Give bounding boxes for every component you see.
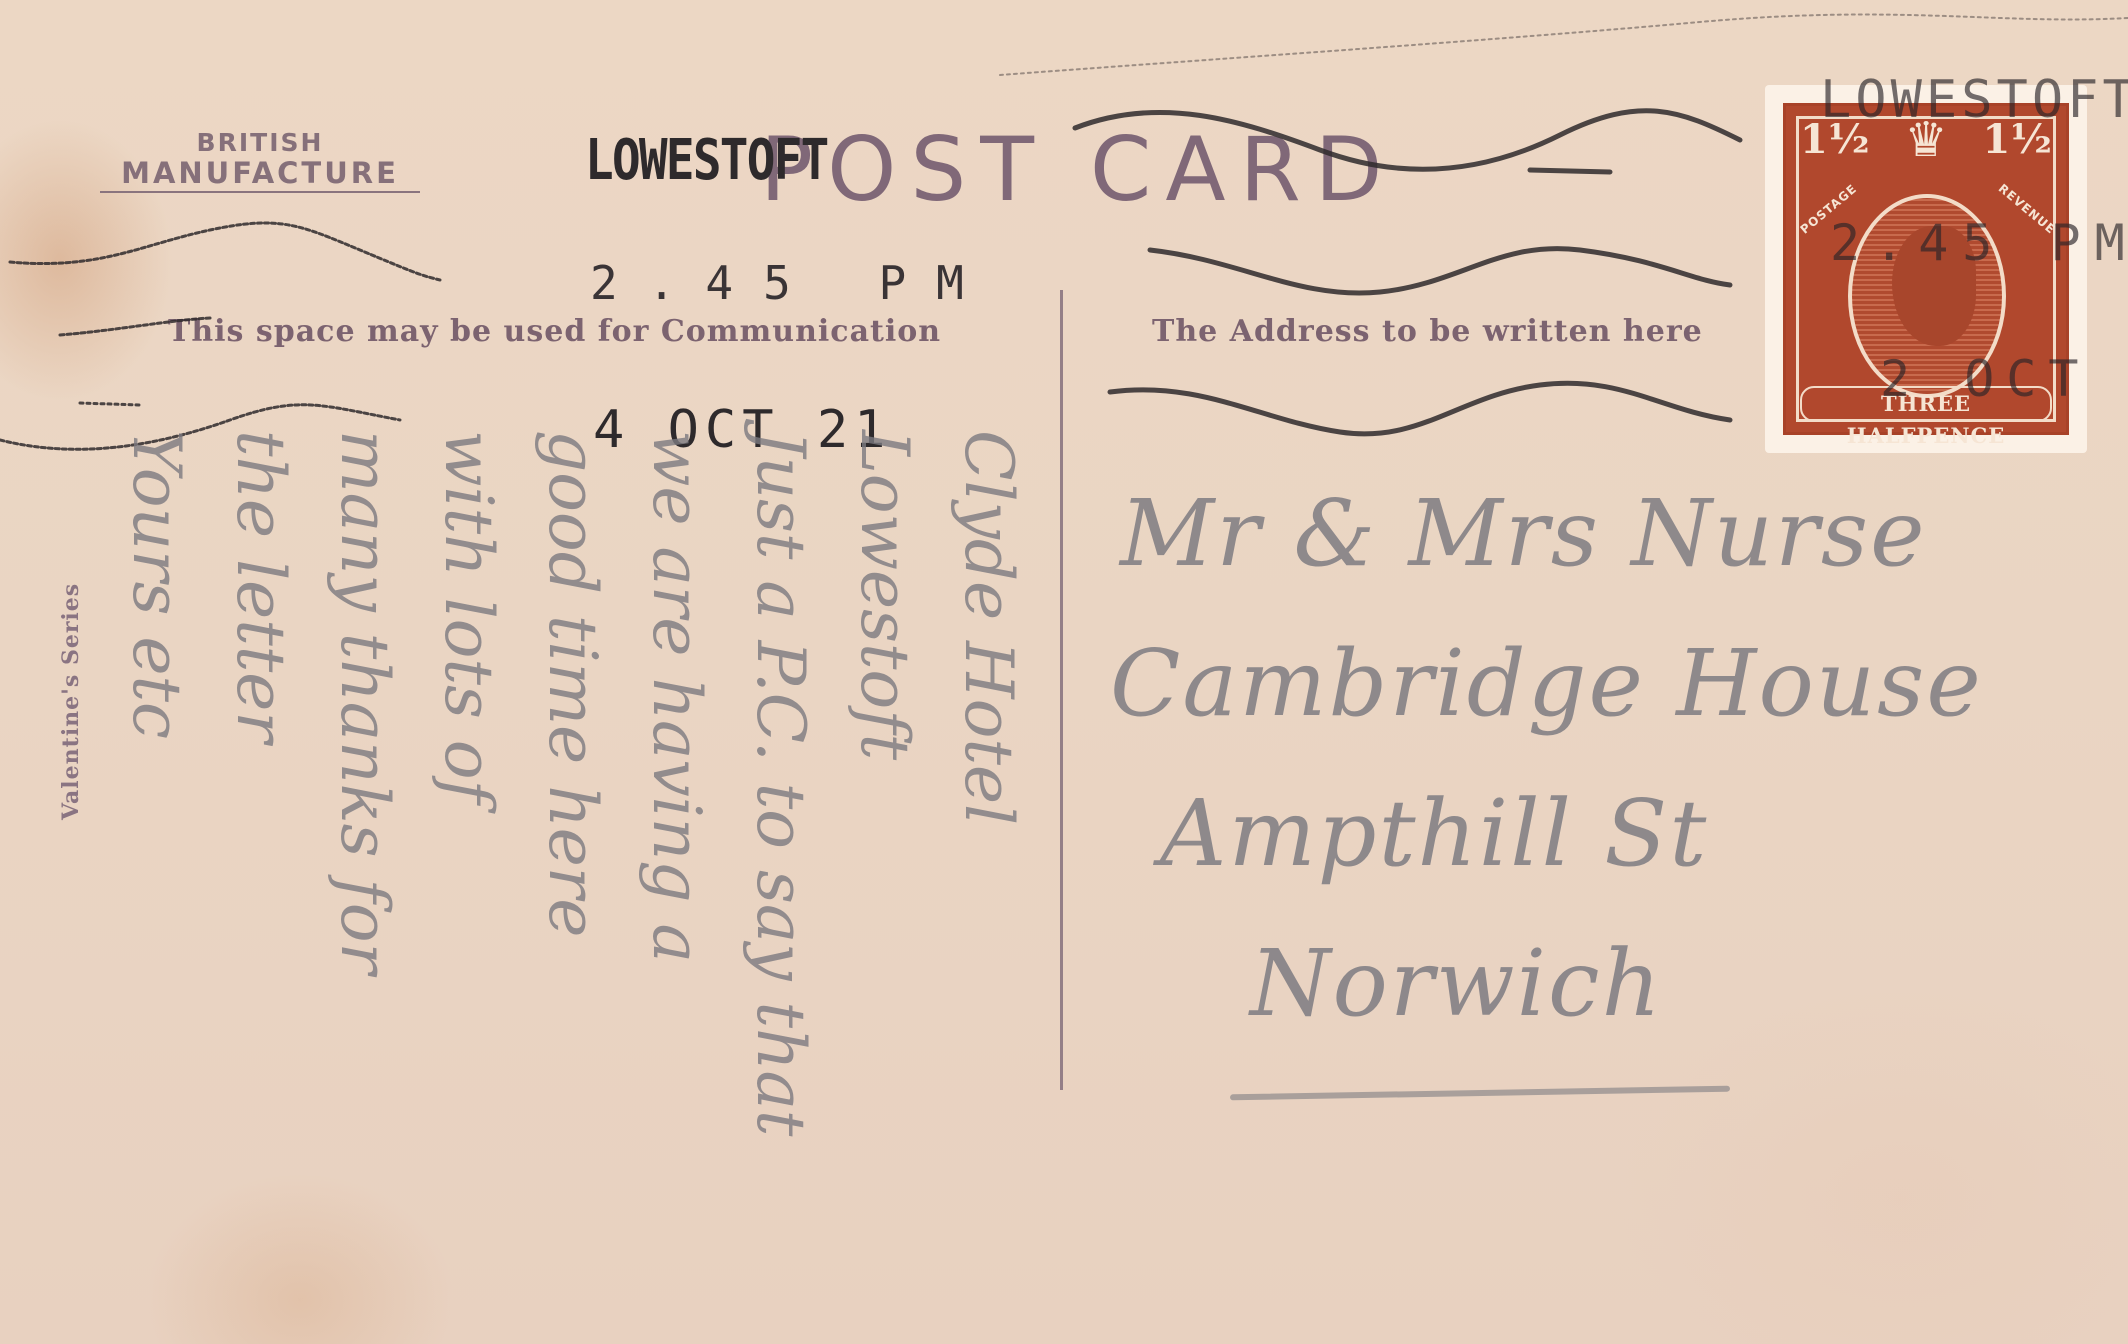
stamp-postmark-date: 2 OCT 21 — [1880, 350, 2128, 408]
communication-label: This space may be used for Communication — [168, 314, 941, 349]
brand-line-1: BRITISH — [100, 128, 420, 158]
brand-mark: BRITISH MANUFACTURE — [100, 128, 420, 193]
address-line-4: Norwich — [1250, 930, 1663, 1037]
message-line: the letter — [208, 430, 312, 1290]
message-line: many thanks for — [312, 430, 416, 1290]
message-line: with lots of — [416, 430, 520, 1290]
brand-line-2: MANUFACTURE — [100, 158, 420, 193]
postmark-town: LOWESTOFT — [585, 128, 828, 193]
message-line: Yours etc — [104, 430, 208, 1290]
stamp-postmark-town: LOWESTOFT — [1820, 70, 2128, 130]
address-underline — [1230, 1086, 1730, 1101]
postmark-time: 2.45 PM — [590, 256, 994, 310]
series-label: Valentine's Series — [58, 583, 84, 820]
postcard-back: BRITISH MANUFACTURE POST CARD This space… — [0, 0, 2128, 1344]
message-line: Clyde Hotel — [936, 430, 1040, 1290]
handwritten-message: Clyde Hotel Lowestoft Just a P.C. to say… — [90, 430, 1040, 1290]
address-label: The Address to be written here — [1152, 314, 1703, 349]
message-line: we are having a — [624, 430, 728, 1290]
postcard-title: POST CARD — [760, 118, 1396, 221]
address-line-3: Ampthill St — [1160, 780, 1708, 887]
address-line-1: Mr & Mrs Nurse — [1120, 480, 1927, 587]
stamp-postmark-time: 2.45 PM — [1830, 214, 2128, 272]
message-line: good time here — [520, 430, 624, 1290]
center-divider — [1060, 290, 1063, 1090]
address-line-2: Cambridge House — [1110, 630, 1983, 737]
message-line: Lowestoft — [832, 430, 936, 1290]
message-line: Just a P.C. to say that — [728, 430, 832, 1290]
